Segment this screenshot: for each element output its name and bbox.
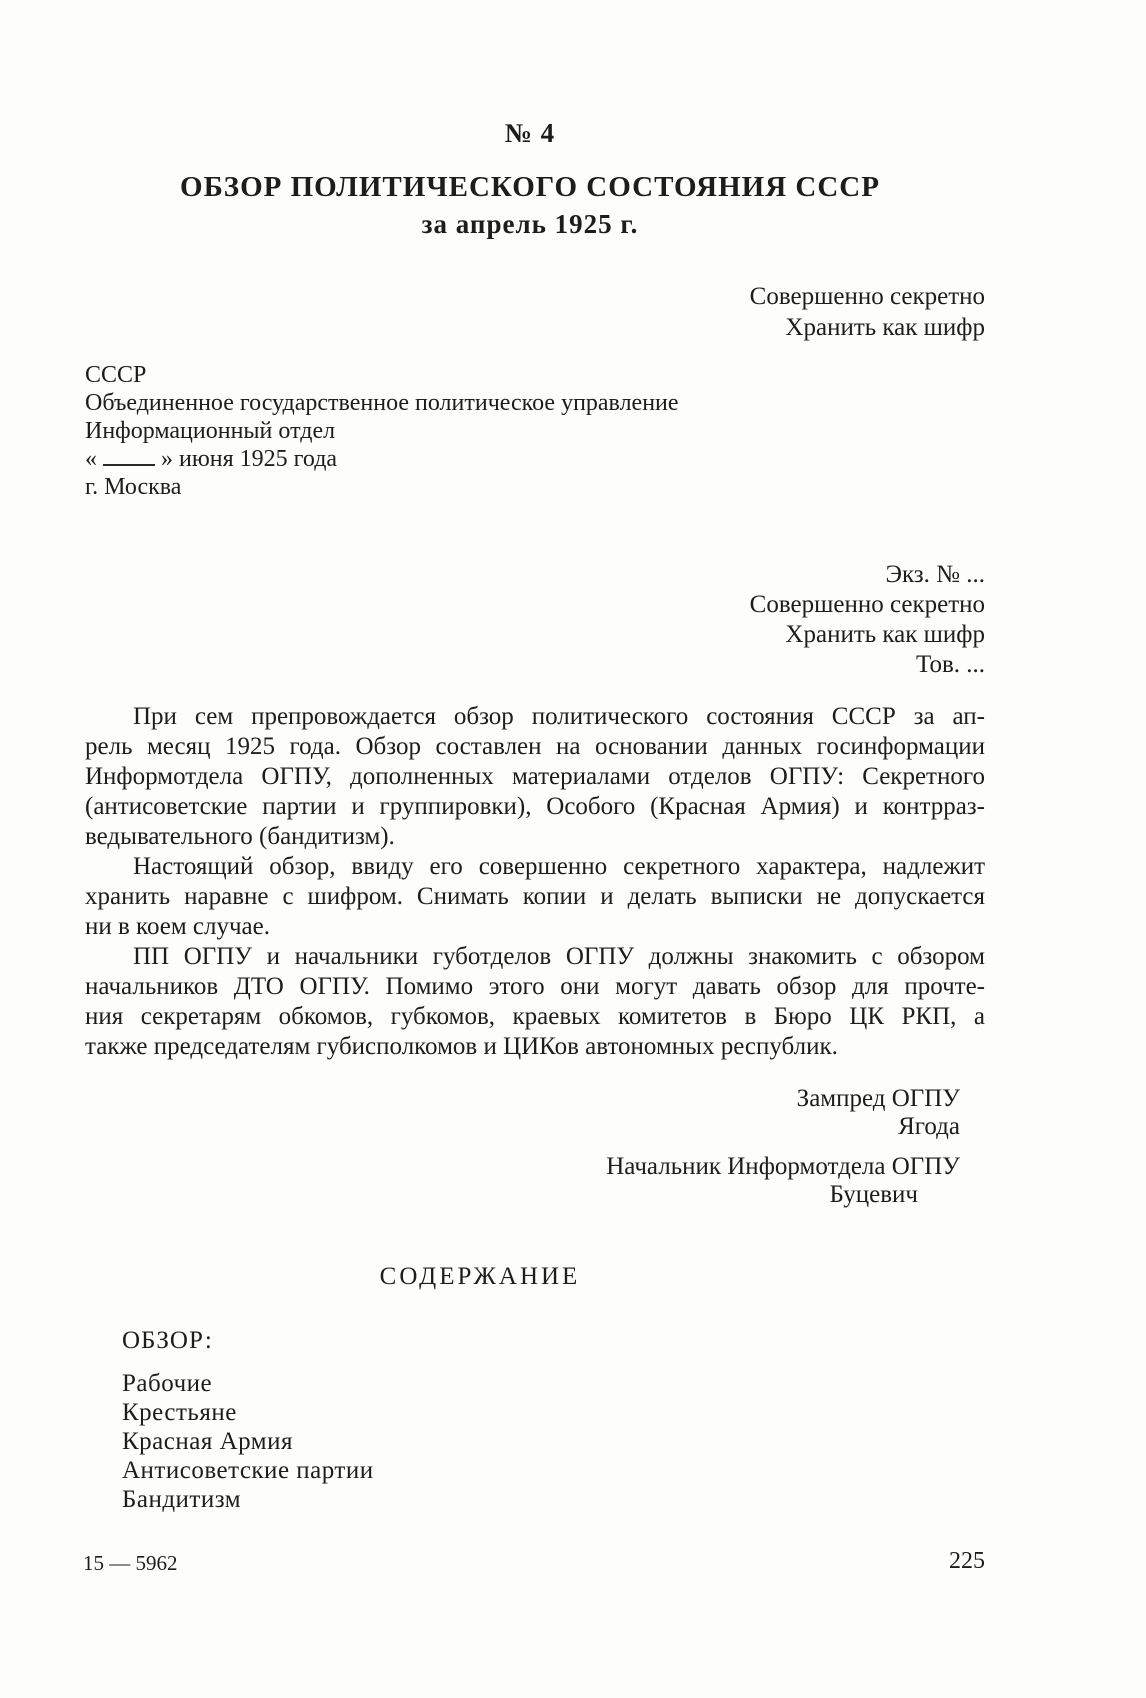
- secrecy-label: Совершенно секретно: [85, 590, 985, 620]
- contents-item: Рабочие: [122, 1369, 374, 1398]
- contents-list: Рабочие Крестьяне Красная Армия Антисове…: [122, 1369, 374, 1514]
- deputy-name: Ягода: [85, 1113, 960, 1141]
- contents-item: Красная Армия: [122, 1427, 374, 1456]
- body-text: При сем препровождается обзор политическ…: [85, 702, 985, 1062]
- date-blank-underline: [103, 446, 155, 466]
- paragraph-line: Информотдела ОГПУ, дополненных материала…: [85, 762, 985, 792]
- chief-title: Начальник Информотдела ОГПУ: [85, 1153, 960, 1181]
- secrecy-label: Совершенно секретно: [85, 281, 985, 312]
- page-number: 225: [85, 1548, 985, 1575]
- sender-department: Информационный отдел: [85, 417, 679, 445]
- paragraph-line: Настоящий обзор, ввиду его совершенно се…: [85, 852, 985, 882]
- paragraph-line: (антисоветские партии и группировки), Ос…: [85, 792, 985, 822]
- paragraph-line: ведывательного (бандитизм).: [85, 822, 985, 852]
- paragraph-line: рель месяц 1925 года. Обзор составлен на…: [85, 732, 985, 762]
- addressee-label: Тов. ...: [85, 650, 985, 680]
- signature-block: Зампред ОГПУ Ягода Начальник Информотдел…: [85, 1085, 960, 1209]
- sender-block: СССР Объединенное государственное полити…: [85, 361, 679, 501]
- document-header: № 4 ОБЗОР ПОЛИТИЧЕСКОГО СОСТОЯНИЯ СССР з…: [40, 118, 1020, 240]
- paragraph-line: также председателям губисполкомов и ЦИКо…: [85, 1032, 985, 1062]
- paragraph-line: хранить наравне с шифром. Снимать копии …: [85, 882, 985, 912]
- copy-number: Экз. № ...: [85, 560, 985, 590]
- contents-heading: СОДЕРЖАНИЕ: [85, 1263, 875, 1291]
- cipher-label: Хранить как шифр: [85, 312, 985, 343]
- sender-date-line: «» июня 1925 года: [85, 445, 679, 473]
- document-page: № 4 ОБЗОР ПОЛИТИЧЕСКОГО СОСТОЯНИЯ СССР з…: [0, 0, 1146, 1698]
- paragraph-line: начальников ДТО ОГПУ. Помимо этого они м…: [85, 972, 985, 1002]
- document-title: ОБЗОР ПОЛИТИЧЕСКОГО СОСТОЯНИЯ СССР: [40, 170, 1020, 204]
- contents-item: Антисоветские партии: [122, 1456, 374, 1485]
- copy-stamp: Экз. № ... Совершенно секретно Хранить к…: [85, 560, 985, 680]
- paragraph-line: При сем препровождается обзор политическ…: [85, 702, 985, 732]
- paragraph-line: ПП ОГПУ и начальники губотделов ОГПУ дол…: [85, 942, 985, 972]
- date-open-quote: «: [85, 446, 97, 472]
- contents-item: Крестьяне: [122, 1398, 374, 1427]
- document-subtitle: за апрель 1925 г.: [40, 208, 1020, 240]
- date-rest: » июня 1925 года: [161, 446, 337, 472]
- secrecy-stamp-top: Совершенно секретно Хранить как шифр: [85, 281, 985, 343]
- contents-item: Бандитизм: [122, 1485, 374, 1514]
- sender-organization: Объединенное государственное политическо…: [85, 389, 679, 417]
- contents-section-label: ОБЗОР:: [122, 1327, 213, 1355]
- cipher-label: Хранить как шифр: [85, 620, 985, 650]
- deputy-title: Зампред ОГПУ: [85, 1085, 960, 1113]
- chief-name: Буцевич: [85, 1181, 960, 1209]
- document-number: № 4: [40, 118, 1020, 148]
- paragraph-line: ния секретарям обкомов, губкомов, краевы…: [85, 1002, 985, 1032]
- sender-city: г. Москва: [85, 473, 679, 501]
- paragraph-line: ни в коем случае.: [85, 912, 985, 942]
- sender-country: СССР: [85, 361, 679, 389]
